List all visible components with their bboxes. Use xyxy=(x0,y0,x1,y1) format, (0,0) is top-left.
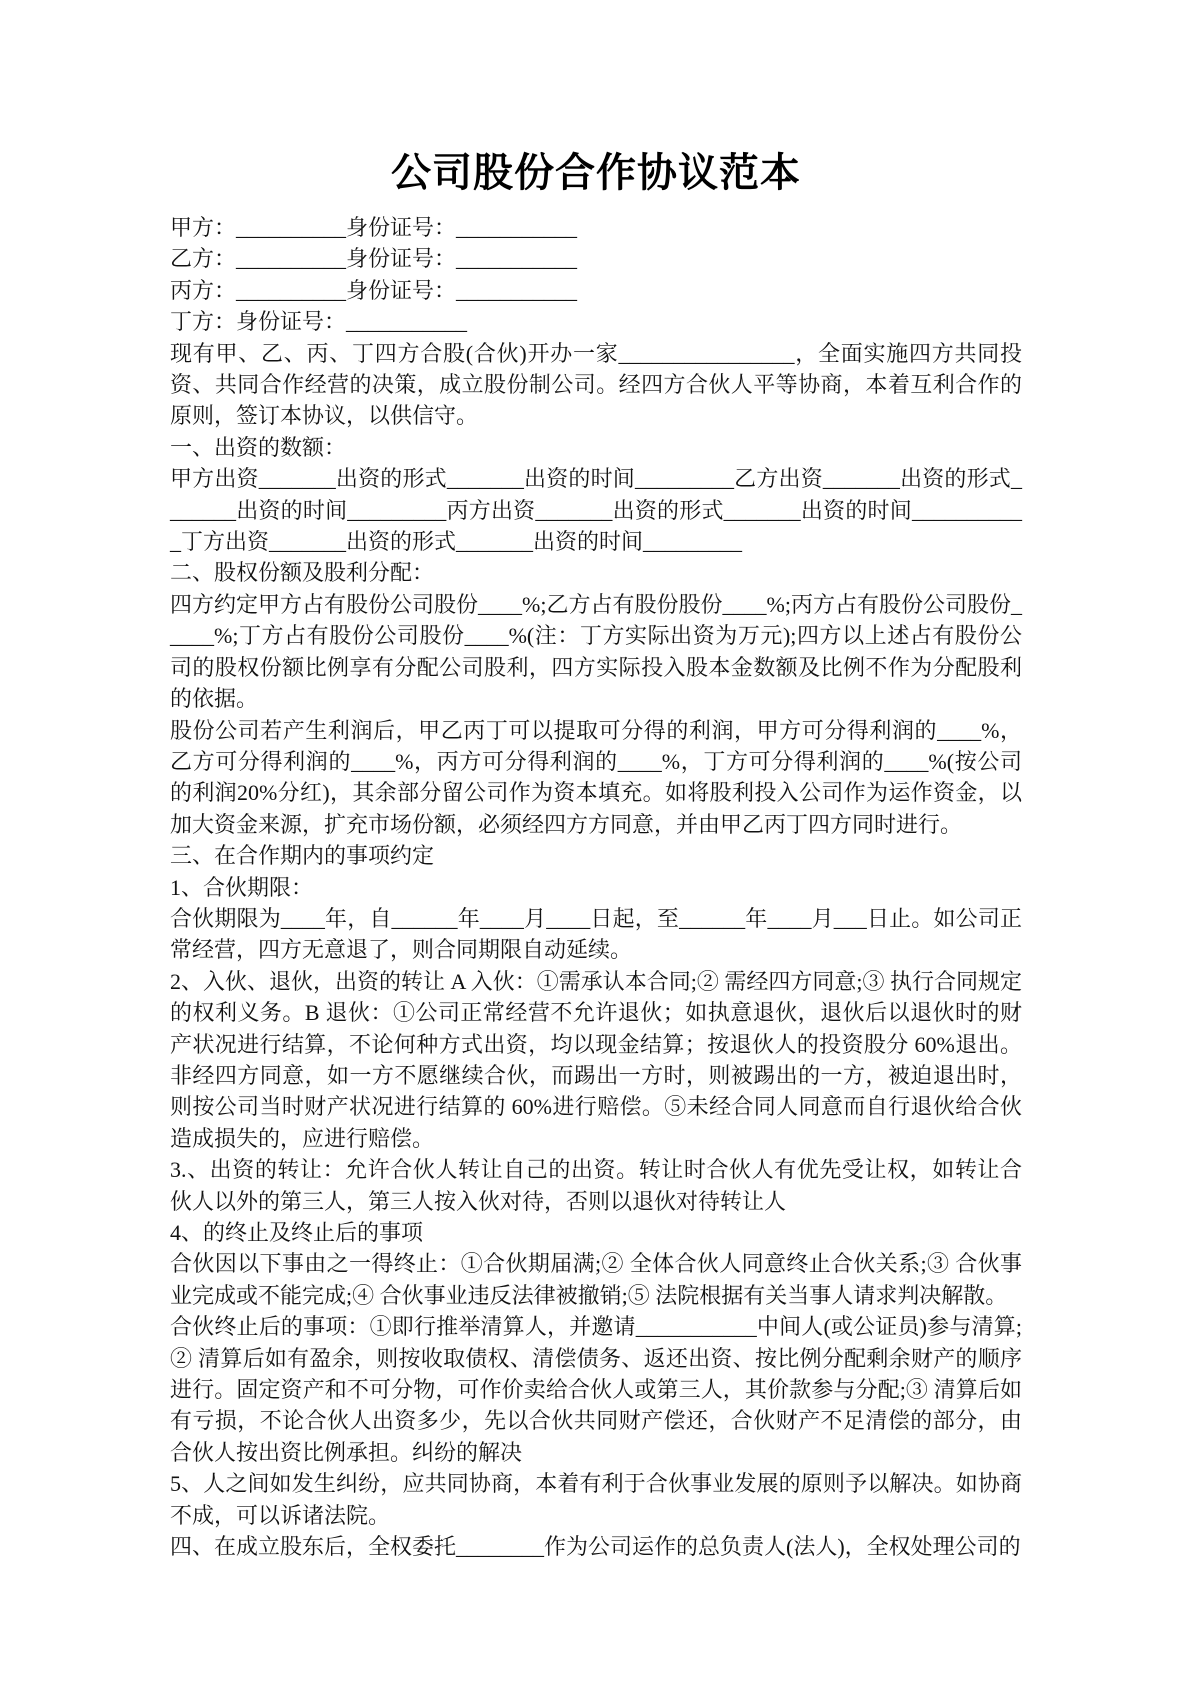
clause-5-body: 5、人之间如发生纠纷，应共同协商，本着有利于合伙事业发展的原则予以解决。如协商不… xyxy=(170,1468,1022,1531)
clause-4-heading: 4、的终止及终止后的事项 xyxy=(170,1217,1022,1248)
document-title: 公司股份合作协议范本 xyxy=(170,148,1022,198)
section-2-body-shares: 四方约定甲方占有股份公司股份____%;乙方占有股份股份____%;丙方占有股份… xyxy=(170,589,1022,715)
section-2-heading: 二、股权份额及股利分配： xyxy=(170,557,1022,588)
clause-3-body: 3.、出资的转让：允许合伙人转让自己的出资。转让时合伙人有优先受让权，如转让合伙… xyxy=(170,1154,1022,1217)
section-1-heading: 一、出资的数额： xyxy=(170,432,1022,463)
clause-2-body: 2、入伙、退伙，出资的转让 A 入伙：①需承认本合同;② 需经四方同意;③ 执行… xyxy=(170,966,1022,1154)
clause-4-body-liquidation: 合伙终止后的事项：①即行推举清算人，并邀请___________中间人(或公证员… xyxy=(170,1311,1022,1468)
party-line-jia: 甲方：__________身份证号：___________ xyxy=(170,212,1022,243)
section-2-body-profit: 股份公司若产生利润后，甲乙丙丁可以提取可分得的利润，甲方可分得利润的____%，… xyxy=(170,715,1022,841)
party-line-ding: 丁方：身份证号：___________ xyxy=(170,306,1022,337)
intro-paragraph: 现有甲、乙、丙、丁四方合股(合伙)开办一家________________，全面… xyxy=(170,338,1022,432)
party-line-yi: 乙方：__________身份证号：___________ xyxy=(170,243,1022,274)
section-1-body: 甲方出资_______出资的形式_______出资的时间_________乙方出… xyxy=(170,463,1022,557)
clause-1-body: 合伙期限为____年，自______年____月____日起，至______年_… xyxy=(170,903,1022,966)
clause-4-body-termination: 合伙因以下事由之一得终止：①合伙期届满;② 全体合伙人同意终止合伙关系;③ 合伙… xyxy=(170,1248,1022,1311)
document-page: 公司股份合作协议范本 甲方：__________身份证号：___________… xyxy=(0,0,1190,1683)
party-line-bing: 丙方：__________身份证号：___________ xyxy=(170,275,1022,306)
clause-1-heading: 1、合伙期限： xyxy=(170,872,1022,903)
section-3-heading: 三、在合作期内的事项约定 xyxy=(170,840,1022,871)
section-4-line: 四、在成立股东后，全权委托________作为公司运作的总负责人(法人)，全权处… xyxy=(170,1531,1022,1562)
